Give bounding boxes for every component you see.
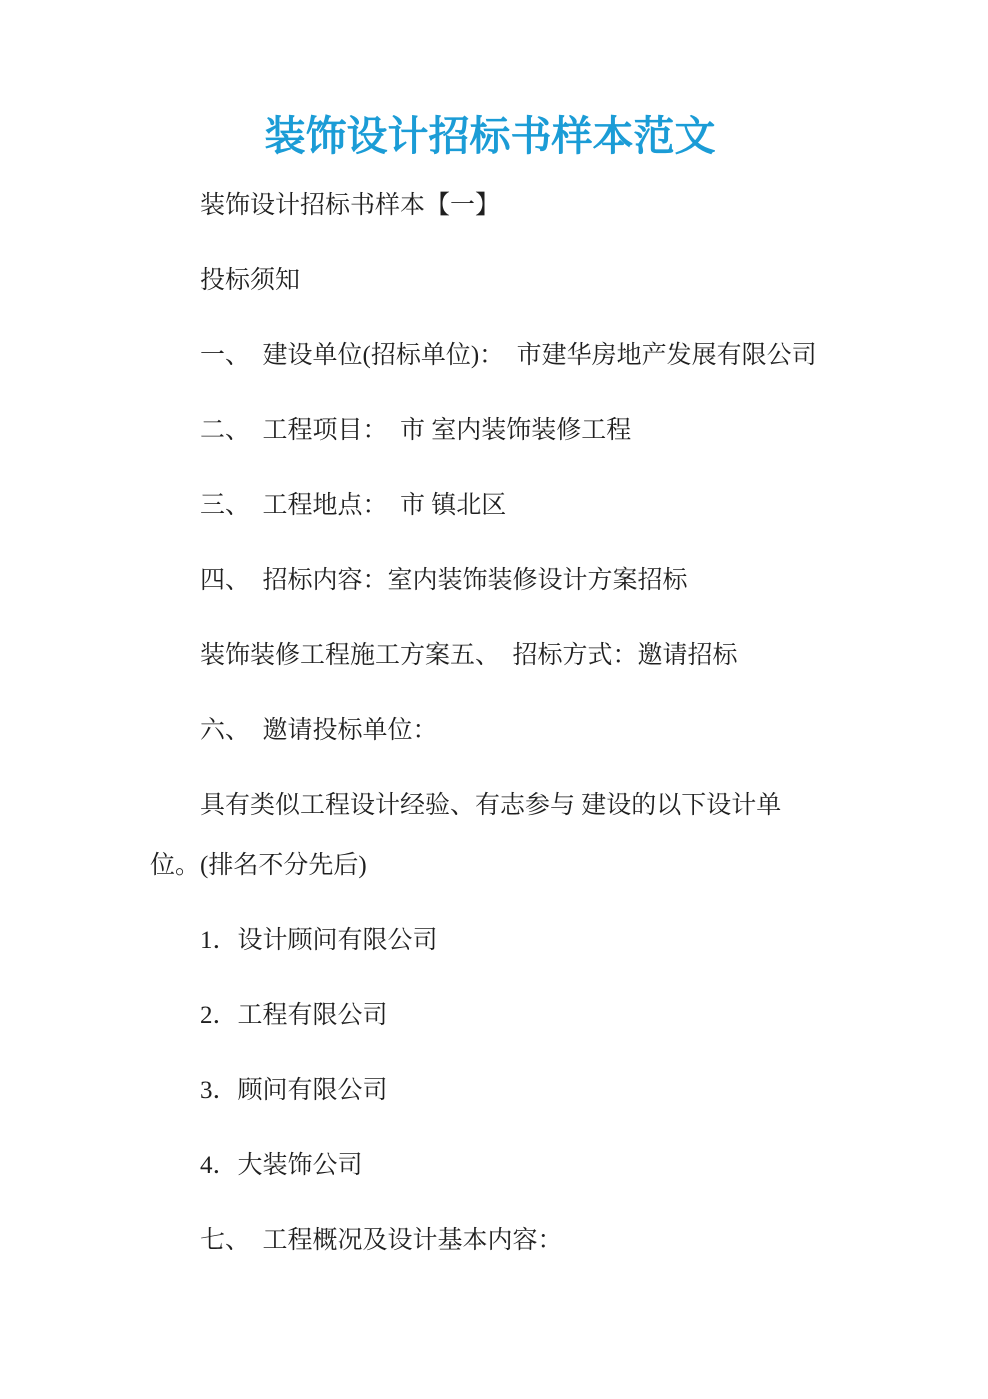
paragraph-item-2-project: 二、 工程项目： 市 室内装饰装修工程: [150, 401, 830, 461]
paragraph-item-3-location: 三、 工程地点： 市 镇北区: [150, 476, 830, 536]
paragraph-bidder-4: 4．大装饰公司: [150, 1136, 830, 1196]
paragraph-item-7-project-overview: 七、 工程概况及设计基本内容：: [150, 1211, 830, 1271]
paragraph-item-1-construction-unit: 一、 建设单位(招标单位)： 市建华房地产发展有限公司: [150, 326, 830, 386]
paragraph-item-5-tender-method: 装饰装修工程施工方案五、 招标方式：邀请招标: [150, 626, 830, 686]
paragraph-invited-bidders-description: 具有类似工程设计经验、有志参与 建设的以下设计单位。(排名不分先后): [150, 776, 830, 896]
document-page: 装饰设计招标书样本范文 装饰设计招标书样本【一】 投标须知 一、 建设单位(招标…: [0, 0, 988, 1399]
paragraph-item-6-invited-bidders: 六、 邀请投标单位：: [150, 701, 830, 761]
paragraph-sample-heading: 装饰设计招标书样本【一】: [150, 176, 830, 236]
document-title: 装饰设计招标书样本范文: [150, 112, 830, 160]
paragraph-item-4-tender-content: 四、 招标内容：室内装饰装修设计方案招标: [150, 551, 830, 611]
paragraph-bidder-1: 1．设计顾问有限公司: [150, 911, 830, 971]
paragraph-bid-notice: 投标须知: [150, 251, 830, 311]
paragraph-bidder-2: 2．工程有限公司: [150, 986, 830, 1046]
paragraph-bidder-3: 3．顾问有限公司: [150, 1061, 830, 1121]
